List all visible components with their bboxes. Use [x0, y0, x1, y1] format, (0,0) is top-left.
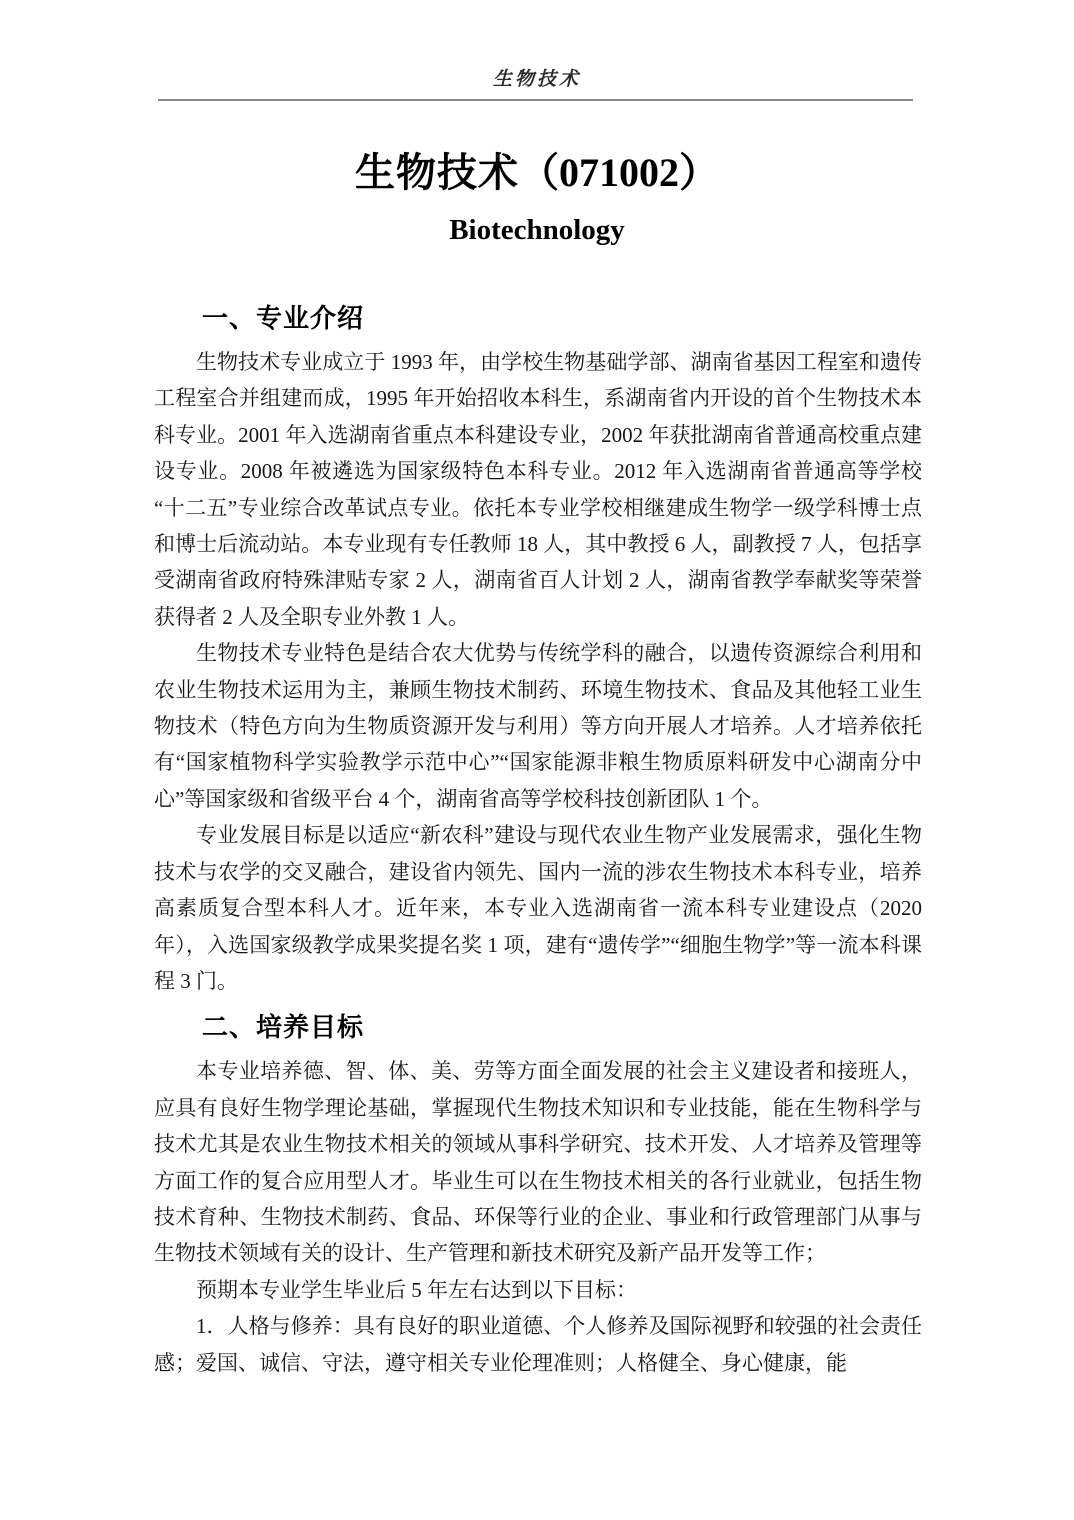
paragraph-goals-1: 本专业培养德、智、体、美、劳等方面全面发展的社会主义建设者和接班人，应具有良好生… — [154, 1053, 922, 1271]
paragraph-goals-3: 1．人格与修养：具有良好的职业道德、个人修养及国际视野和较强的社会责任感；爱国、… — [154, 1308, 922, 1381]
section-heading-intro: 一、专业介绍 — [202, 300, 922, 336]
document-body: 一、专业介绍 生物技术专业成立于 1993 年，由学校生物基础学部、湖南省基因工… — [154, 300, 922, 1381]
header-rule-divider — [158, 99, 913, 101]
paragraph-intro-3: 专业发展目标是以适应“新农科”建设与现代农业生物产业发展需求，强化生物技术与农学… — [154, 817, 922, 999]
section-heading-goals: 二、培养目标 — [202, 1009, 922, 1045]
running-header-title: 生物技术 — [0, 68, 1074, 92]
page-title: 生物技术（071002） — [0, 148, 1074, 198]
document-page: 生物技术 生物技术（071002） Biotechnology 一、专业介绍 生… — [0, 0, 1074, 1520]
paragraph-intro-1: 生物技术专业成立于 1993 年，由学校生物基础学部、湖南省基因工程室和遗传工程… — [154, 344, 922, 635]
page-title-zh: 生物技术 — [355, 151, 519, 195]
paragraph-goals-2: 预期本专业学生毕业后 5 年左右达到以下目标： — [154, 1272, 922, 1308]
paragraph-intro-2: 生物技术专业特色是结合农大优势与传统学科的融合，以遗传资源综合利用和农业生物技术… — [154, 635, 922, 817]
page-subtitle-en: Biotechnology — [0, 212, 1074, 248]
page-title-code: （071002） — [519, 150, 719, 195]
